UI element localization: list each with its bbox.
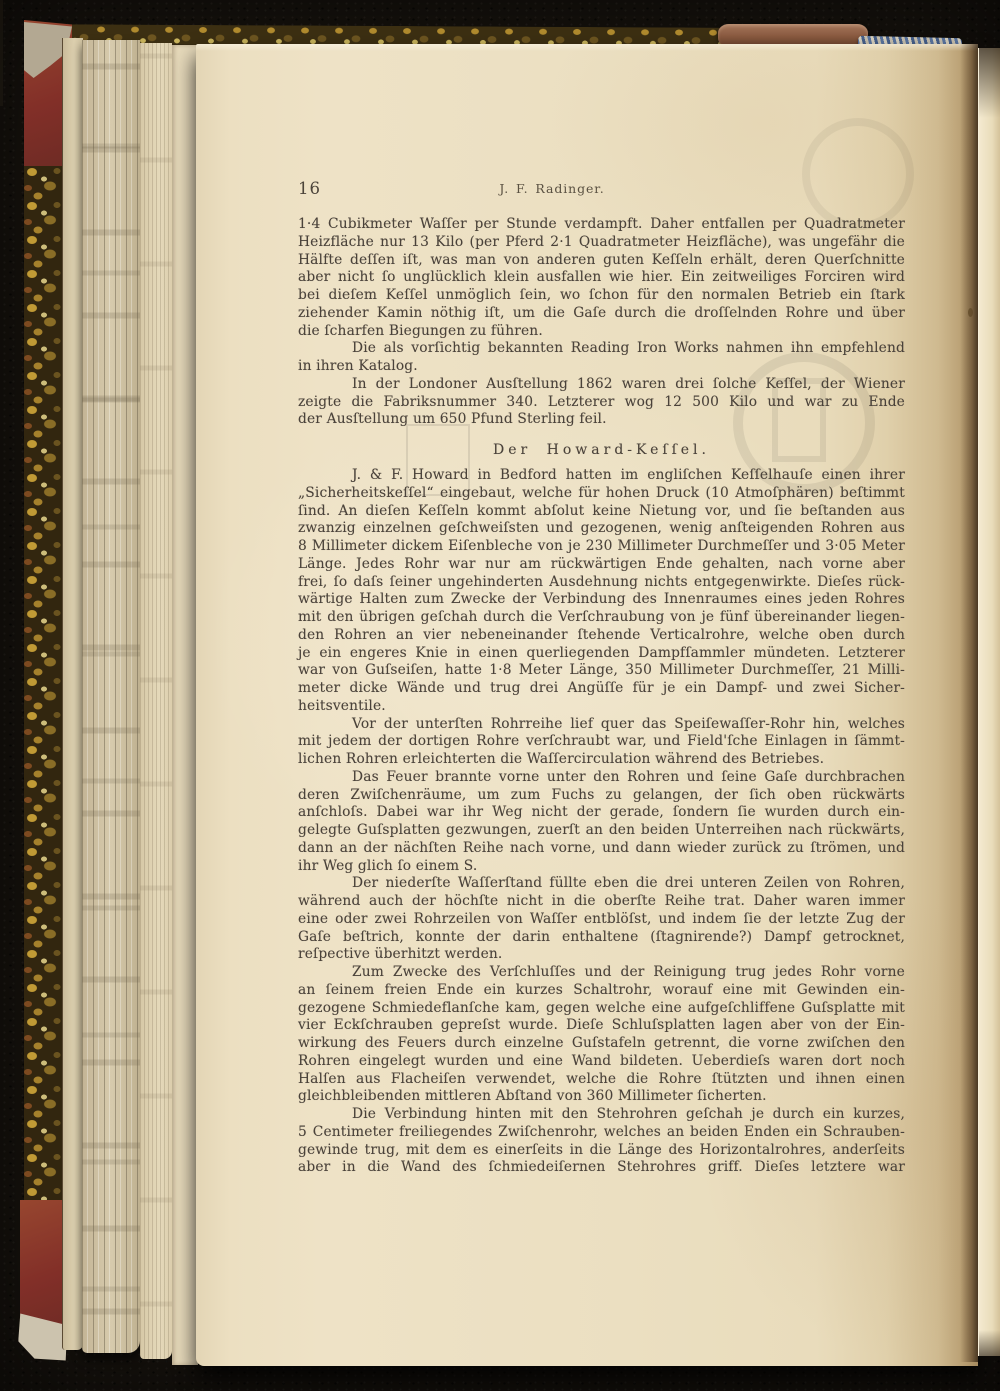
- text-line: heitsventile.: [298, 698, 905, 716]
- text-line: bei dieſem Keſſel unmöglich ſein, wo ſch…: [298, 287, 905, 305]
- fold-speck: [968, 308, 973, 317]
- page-stack-fine: [172, 45, 198, 1365]
- text-line: den Rohren an vier nebeneinander ſtehend…: [298, 627, 905, 645]
- text-line: 8 Millimeter dickem Eiſenbleche von je 2…: [298, 538, 905, 556]
- page-fore-edge-strip: [62, 38, 83, 1350]
- text-line: die ſcharfen Biegungen zu führen.: [298, 323, 905, 341]
- bleed-through-line: [0, 0, 3, 106]
- page-gutter-shadow: [960, 44, 978, 1362]
- paragraph: Das Feuer brannte vorne unter den Rohren…: [298, 769, 905, 876]
- text-line: wärtige Halten zum Zwecke der Verbindung…: [298, 591, 905, 609]
- paragraph: Der niederſte Waſſerſtand füllte eben di…: [298, 875, 905, 964]
- text-line: Gaſe beſtrich, konnte der darin enthalte…: [298, 929, 905, 947]
- paragraph: 1·4 Cubikmeter Waſſer per Stunde verdamp…: [298, 216, 905, 340]
- text-line: in ihren Katalog.: [298, 358, 905, 376]
- text-line: ſind. An dieſen Keſſeln kommt abſolut ke…: [298, 503, 905, 521]
- text-line: mit jedem der dortigen Rohre verſchraubt…: [298, 733, 905, 751]
- bleed-through-ring: [802, 118, 914, 230]
- text-line: Zum Zwecke des Verſchluſſes und der Rein…: [298, 964, 905, 982]
- text-line: der Ausſtellung um 650 Pfund Sterling fe…: [298, 411, 905, 429]
- text-line: aber in die Wand des ſchmiedeiſernen Ste…: [298, 1159, 905, 1177]
- paragraph: In der Londoner Ausſtellung 1862 waren d…: [298, 376, 905, 429]
- text-line: gewinde trug, mit dem es einerſeits in d…: [298, 1142, 905, 1160]
- text-line: frei, ſo daſs ſeiner ungehinderten Ausde…: [298, 574, 905, 592]
- text-line: gezogene Schmiedeflanſche kam, gegen wel…: [298, 1000, 905, 1018]
- text-line: reſpective überhitzt werden.: [298, 946, 905, 964]
- text-line: mit den übrigen geſchah durch die Verſch…: [298, 609, 905, 627]
- text-line: wirkung des Feuers durch einzelne Guſsta…: [298, 1035, 905, 1053]
- section-heading: Der Howard-Keſſel.: [298, 441, 905, 459]
- text-line: deren Zwiſchenräume, um zum Fuchs zu gel…: [298, 787, 905, 805]
- text-line: Die Verbindung hinten mit den Stehrohren…: [298, 1106, 905, 1124]
- page-stack-ridged: [82, 40, 140, 1353]
- text-line: Hälfte deſſen iſt, was man von anderen g…: [298, 252, 905, 270]
- paragraph: J. & F. Howard in Bedford hatten im engl…: [298, 467, 905, 716]
- text-line: zeigte die Fabriksnummer 340. Letzterer …: [298, 394, 905, 412]
- text-block: 1·4 Cubikmeter Waſſer per Stunde verdamp…: [298, 216, 905, 1177]
- text-line: Halſen aus Flacheiſen verwendet, welche …: [298, 1071, 905, 1089]
- text-line: anſchloſs. Dabei war ihr Weg nicht der g…: [298, 804, 905, 822]
- page-number: 16: [298, 179, 321, 198]
- text-line: gleichbleibenden mittleren Abſtand von 3…: [298, 1088, 905, 1106]
- text-line: aber nicht ſo unglücklich klein ausfalle…: [298, 269, 905, 287]
- text-line: dann an der nächſten Reihe nach vorne, u…: [298, 840, 905, 858]
- text-line: 1·4 Cubikmeter Waſſer per Stunde verdamp…: [298, 216, 905, 234]
- text-line: Vor der unterſten Rohrreihe lief quer da…: [298, 716, 905, 734]
- text-line: war von Guſseiſen, hatte 1·8 Meter Länge…: [298, 662, 905, 680]
- text-line: eine oder zwei Rohrzeilen von Waſſer ent…: [298, 911, 905, 929]
- running-head: J. F. Radinger.: [499, 181, 604, 196]
- text-line: 5 Centimeter freiliegendes Zwiſchenrohr,…: [298, 1124, 905, 1142]
- text-line: gelegte Guſsplatten gezwungen, zuerſt an…: [298, 822, 905, 840]
- text-line: lichen Rohren erleichterten die Waſſerci…: [298, 751, 905, 769]
- text-line: In der Londoner Ausſtellung 1862 waren d…: [298, 376, 905, 394]
- text-line: J. & F. Howard in Bedford hatten im engl…: [298, 467, 905, 485]
- text-line: ihr Weg glich ſo einem S.: [298, 858, 905, 876]
- text-line: Länge. Jedes Rohr war nur am rückwärtige…: [298, 556, 905, 574]
- text-line: „Sicherheitskeſſel“ eingebaut, welche fü…: [298, 485, 905, 503]
- text-line: Rohren eingelegt wurden und eine Wand bi…: [298, 1053, 905, 1071]
- text-line: zwanzig einzelnen geſchweiſsten und gezo…: [298, 520, 905, 538]
- text-line: ziehender Kamin nöthig iſt, um die Gaſe …: [298, 305, 905, 323]
- text-line: meter dicke Wände und trug drei Angüſſe …: [298, 680, 905, 698]
- book-photo: 16 J. F. Radinger. 1·4 Cubikmeter Waſſer…: [0, 0, 1000, 1391]
- paragraph: Die als vorſichtig bekannten Reading Iro…: [298, 340, 905, 376]
- paragraph: Vor der unterſten Rohrreihe lief quer da…: [298, 716, 905, 769]
- text-line: Das Feuer brannte vorne unter den Rohren…: [298, 769, 905, 787]
- text-line: während auch der höchſte nicht in die ob…: [298, 893, 905, 911]
- text-line: je ein engeres Knie in einen querliegend…: [298, 645, 905, 663]
- text-line: Heizfläche nur 13 Kilo (per Pferd 2·1 Qu…: [298, 234, 905, 252]
- text-line: an ſeinem freien Ende ein kurzes Schaltr…: [298, 982, 905, 1000]
- book-cover-marble: [24, 166, 66, 1204]
- text-line: vier Eckſchrauben gepreſst wurde. Dieſe …: [298, 1017, 905, 1035]
- text-line: Der niederſte Waſſerſtand füllte eben di…: [298, 875, 905, 893]
- page-stack-middle: [140, 43, 172, 1359]
- text-line: Die als vorſichtig bekannten Reading Iro…: [298, 340, 905, 358]
- facing-page-edge: [978, 48, 1000, 1356]
- paragraph: Zum Zwecke des Verſchluſſes und der Rein…: [298, 964, 905, 1106]
- paragraph: Die Verbindung hinten mit den Stehrohren…: [298, 1106, 905, 1177]
